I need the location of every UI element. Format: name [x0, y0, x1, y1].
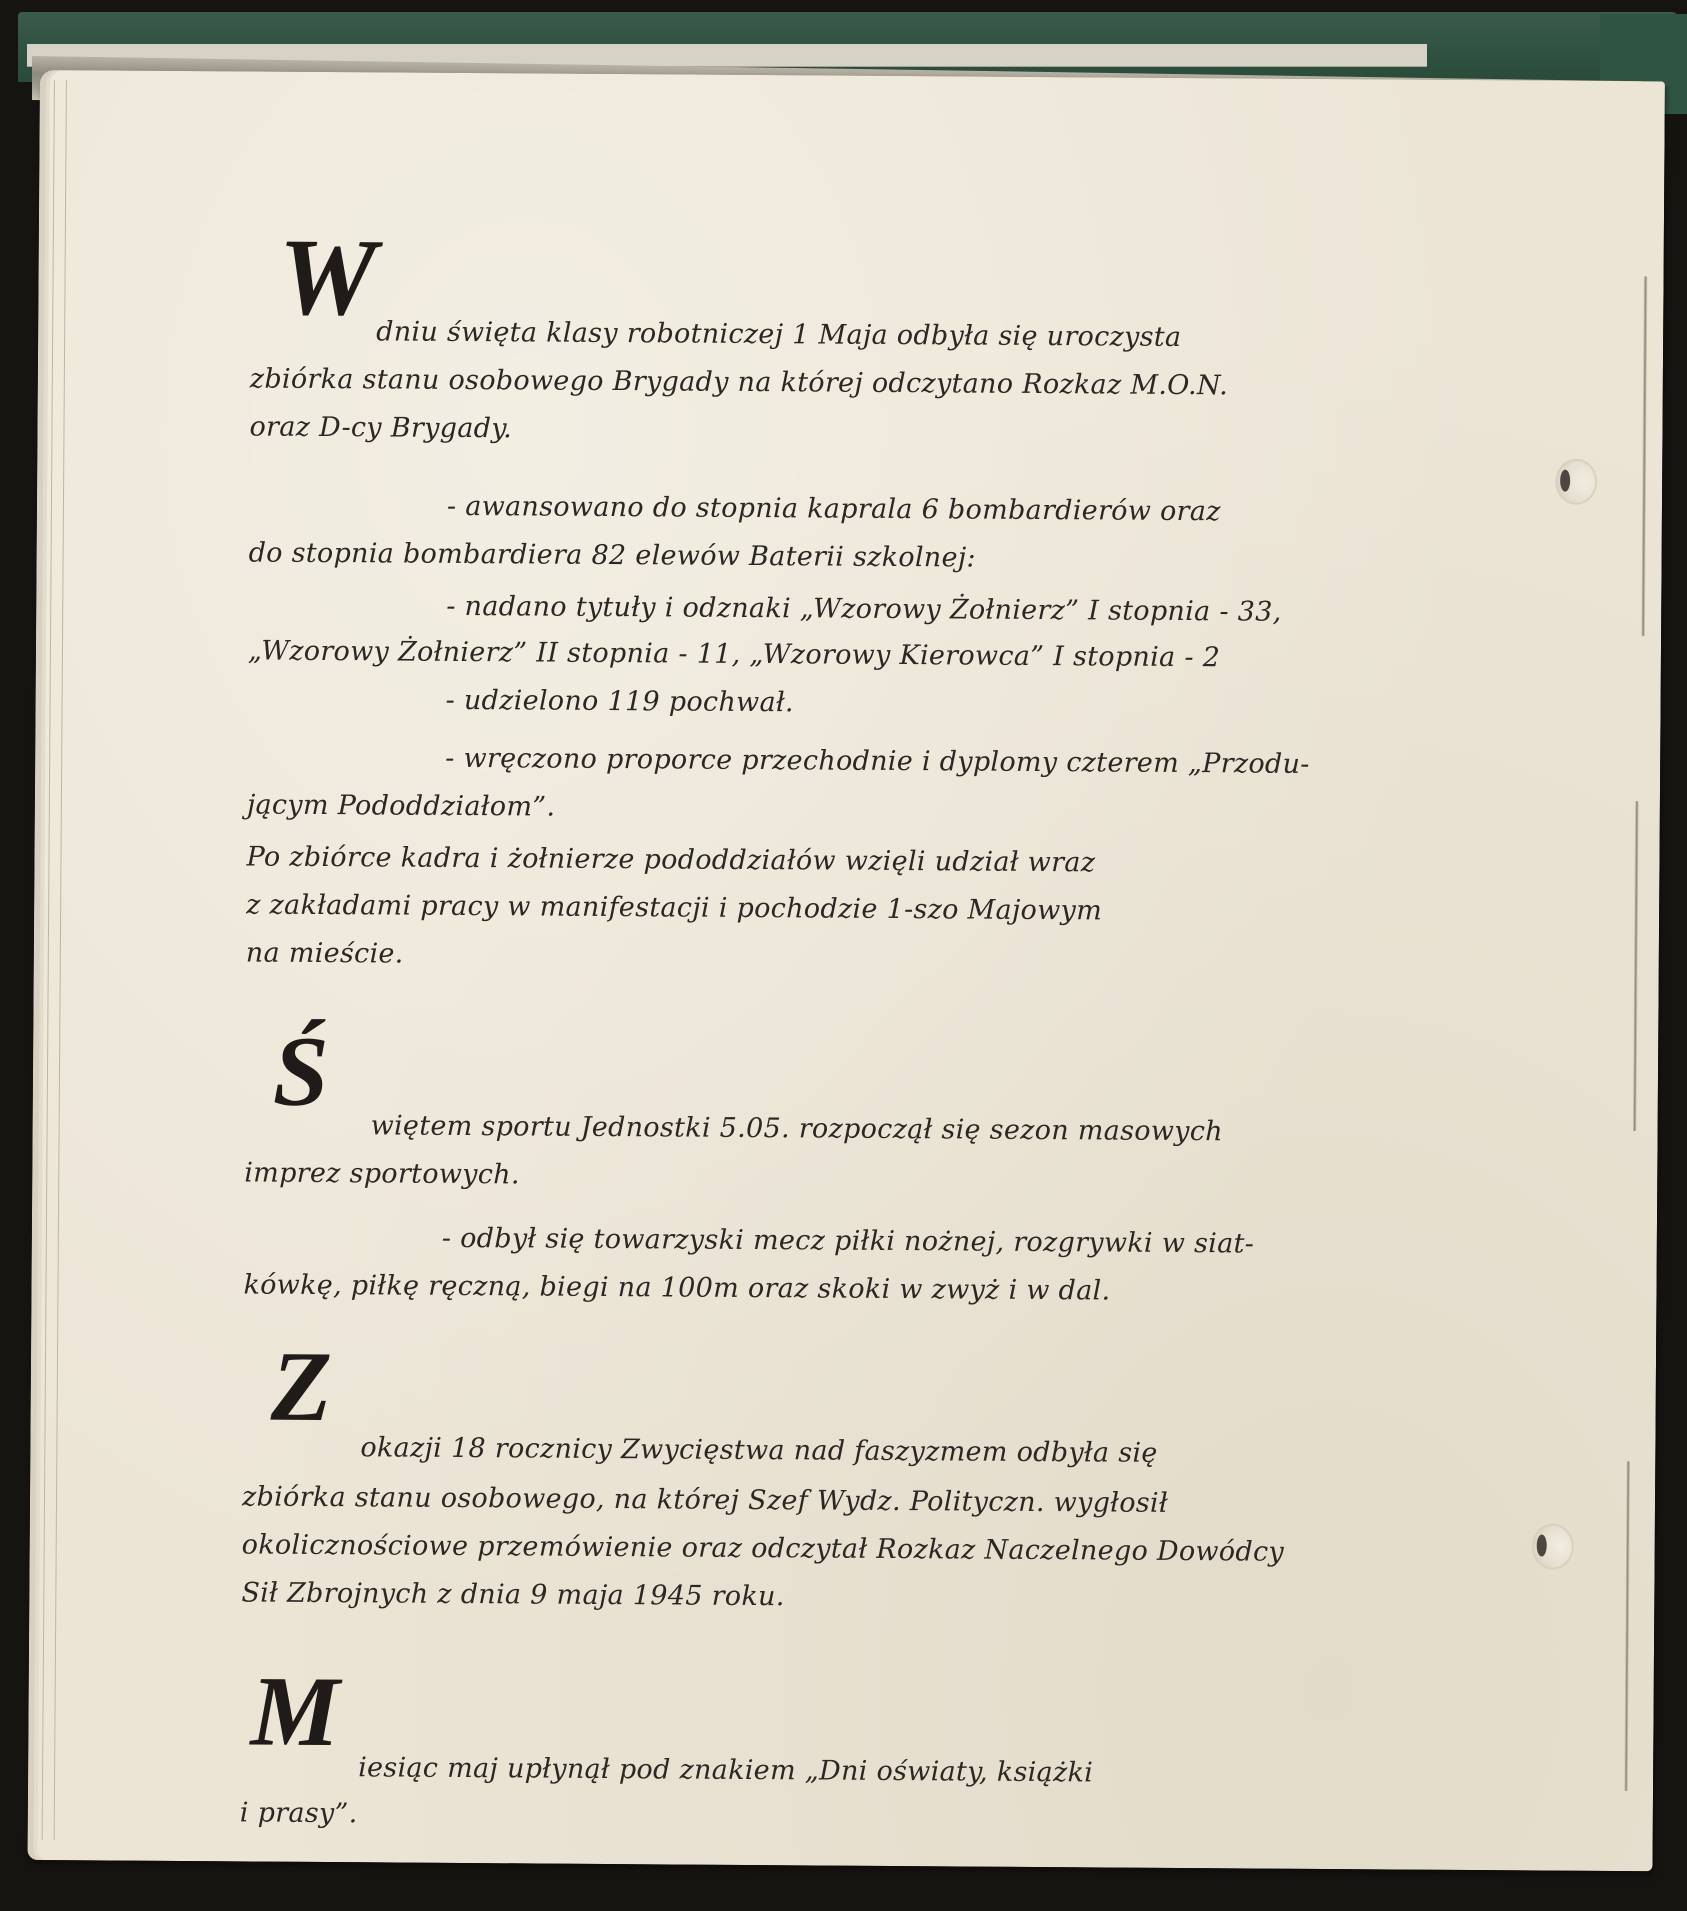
text-line: okazji 18 rocznicy Zwycięstwa nad faszyz… [360, 1432, 1157, 1469]
text-line: imprez sportowych. [244, 1157, 520, 1190]
text-line: i prasy”. [240, 1797, 358, 1829]
text-line: Po zbiórce kadra i żołnierze pododdziałó… [246, 841, 1095, 878]
page-edge-line [42, 80, 55, 1840]
text-line: z zakładami pracy w manifestacji i pocho… [246, 889, 1102, 926]
text-line: zbiórka stanu osobowego, na której Szef … [242, 1481, 1168, 1518]
list-item: - wręczono proporce przechodnie i dyplom… [445, 743, 1310, 780]
text-line: „Wzorowy Żołnierz” II stopnia - 11, „Wzo… [248, 635, 1220, 673]
initial-letter-s: Ś [273, 1022, 329, 1122]
text-line: Sił Zbrojnych z dnia 9 maja 1945 roku. [241, 1577, 784, 1612]
text-line: dniu święta klasy robotniczej 1 Maja odb… [376, 316, 1181, 353]
text-line: okolicznościowe przemówienie oraz odczyt… [242, 1529, 1285, 1567]
text-line: na mieście. [246, 937, 404, 969]
initial-letter-m: M [250, 1662, 340, 1763]
list-item: - udzielono 119 pochwał. [446, 685, 794, 718]
list-item: - odbył się towarzyski mecz piłki nożnej… [442, 1223, 1255, 1260]
page-edge-line [54, 80, 67, 1840]
binding-groove [1633, 801, 1639, 1131]
initial-letter-w: W [278, 222, 377, 333]
text-line: iesiąc maj upłynął pod znakiem „Dni oświ… [358, 1752, 1093, 1788]
punch-hole [1532, 1523, 1574, 1569]
punch-hole [1555, 459, 1597, 505]
binding-groove [1624, 1461, 1630, 1791]
text-line: więtem sportu Jednostki 5.05. rozpoczął … [371, 1110, 1223, 1147]
binding-groove [1641, 276, 1648, 636]
document-page: W dniu święta klasy robotniczej 1 Maja o… [28, 70, 1665, 1871]
text-line: zbiórka stanu osobowego Brygady na które… [250, 363, 1228, 401]
text-line: kówkę, piłkę ręczną, biegi na 100m oraz … [243, 1269, 1110, 1306]
initial-letter-z: Z [270, 1337, 332, 1437]
list-item: - awansowano do stopnia kaprala 6 bombar… [447, 491, 1221, 527]
text-line: oraz D-cy Brygady. [249, 411, 512, 444]
list-item: - nadano tytuły i odznaki „Wzorowy Żołni… [446, 591, 1281, 628]
text-line: do stopnia bombardiera 82 elewów Baterii… [249, 537, 976, 573]
text-line: jącym Pododdziałom”. [247, 789, 556, 822]
